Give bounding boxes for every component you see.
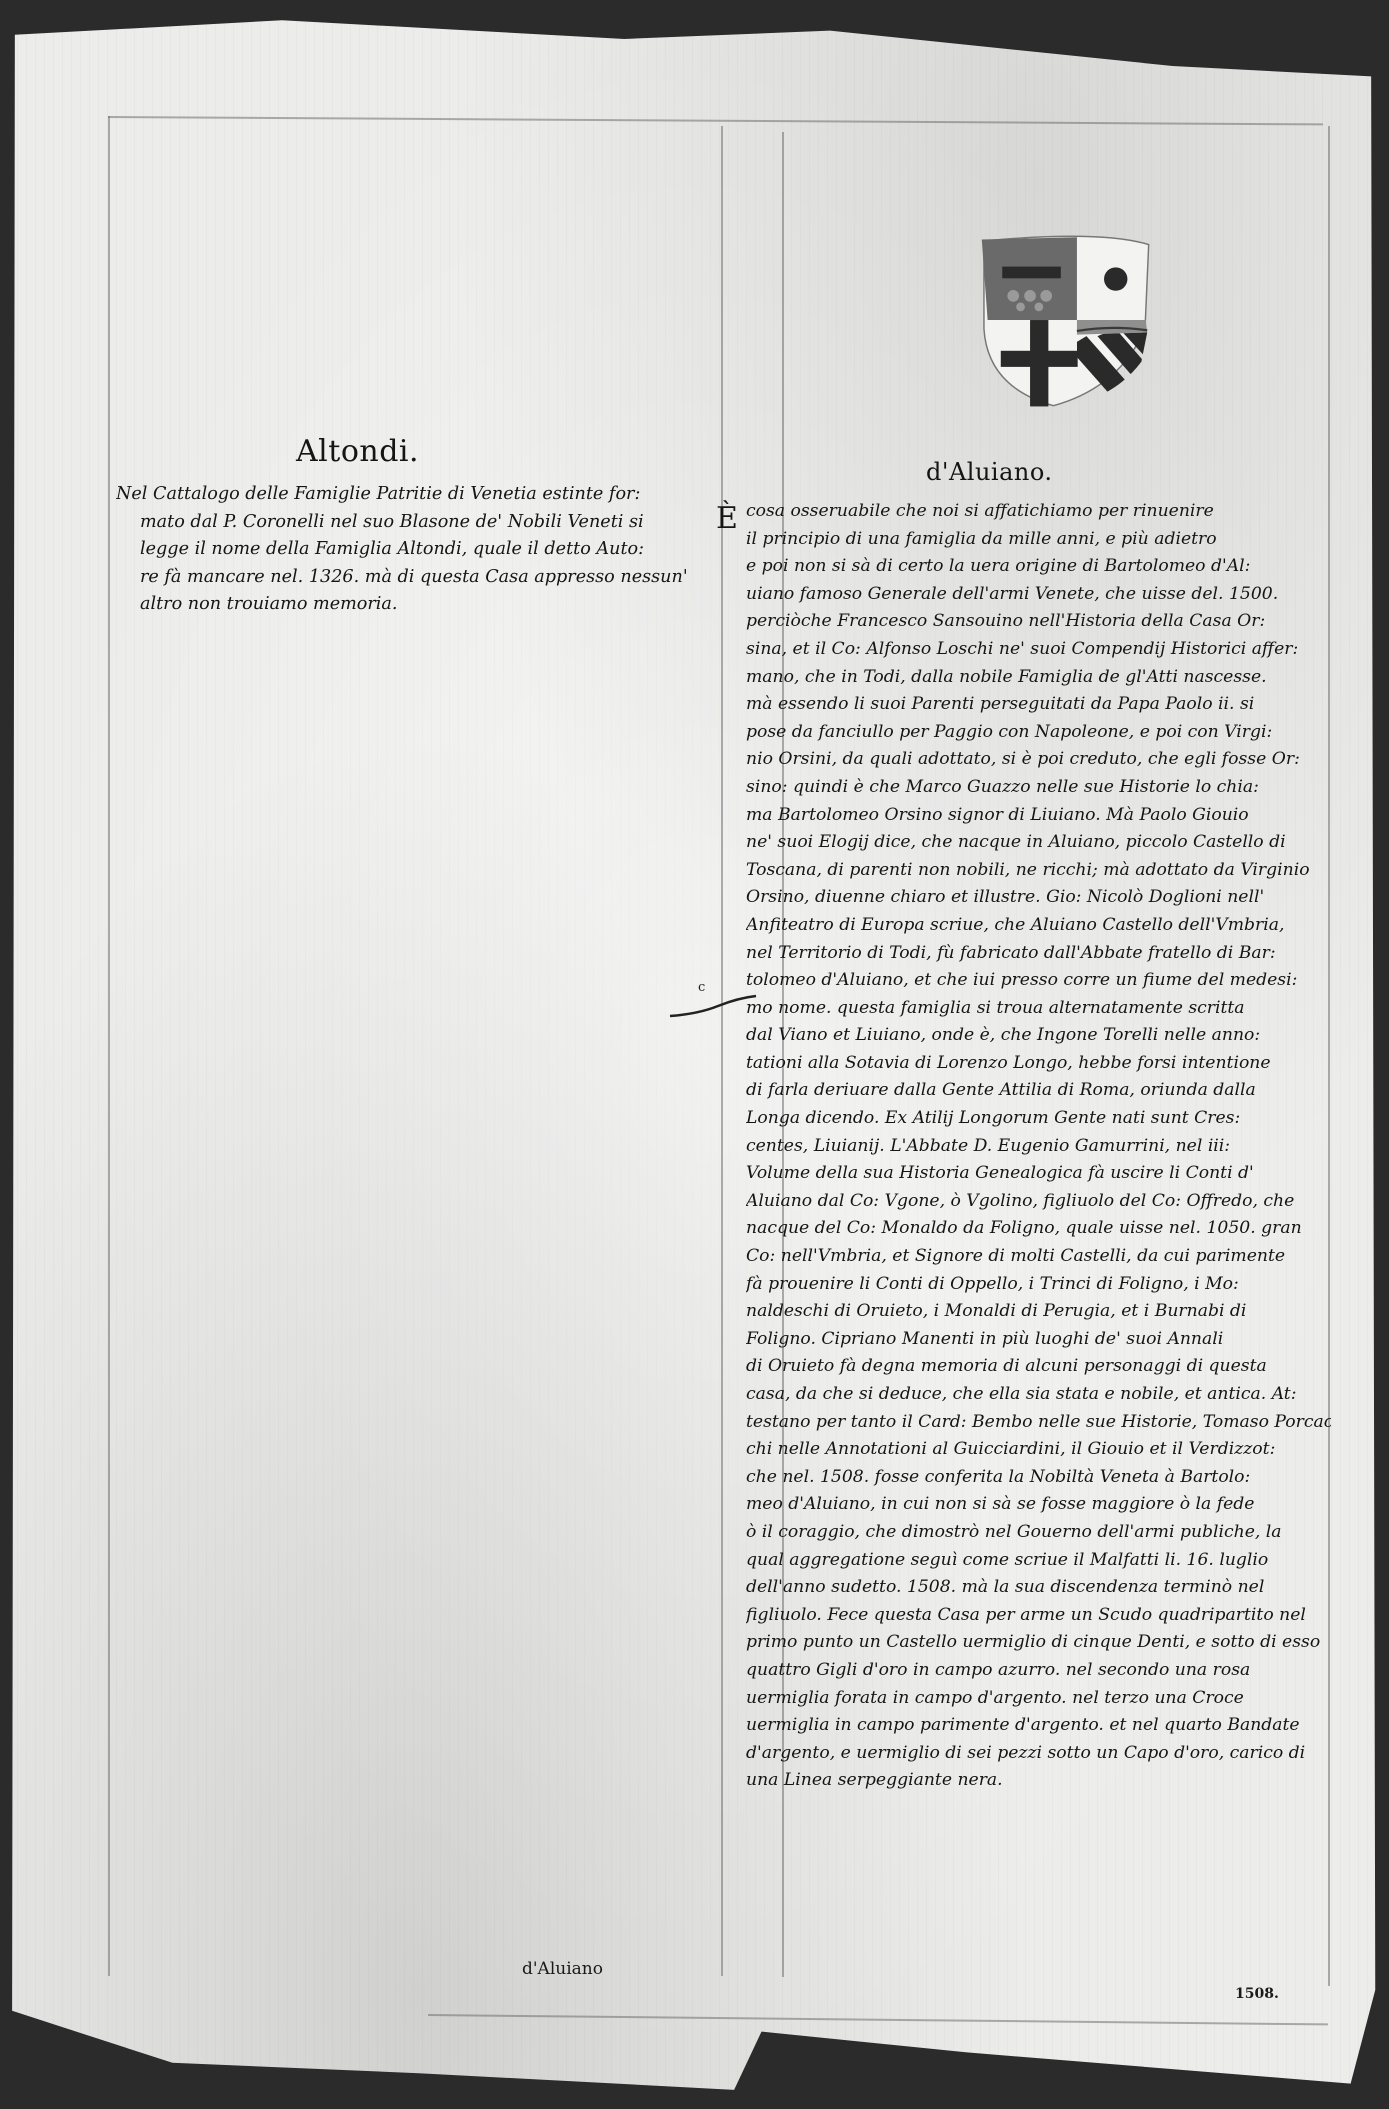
- text-line: Longa dicendo. Ex Atilij Longorum Gente …: [746, 1105, 1331, 1133]
- text-line: Nel Cattalogo delle Famiglie Patritie di…: [116, 481, 721, 509]
- text-line: Foligno. Cipriano Manenti in più luoghi …: [746, 1326, 1331, 1354]
- text-line: mano, che in Todi, dalla nobile Famiglia…: [746, 664, 1331, 692]
- entry-altondi: Altondi. Nel Cattalogo delle Famiglie Pa…: [116, 434, 721, 619]
- text-line: meo d'Aluiano, in cui non si sà se fosse…: [746, 1491, 1331, 1519]
- text-line: e poi non si sà di certo la uera origine…: [746, 553, 1331, 581]
- text-line: di Oruieto fà degna memoria di alcuni pe…: [746, 1353, 1331, 1381]
- frame-bottom-rule: [428, 2014, 1328, 2025]
- text-line: una Linea serpeggiante nera.: [746, 1767, 1331, 1795]
- entry-body-aluiano: cosa osseruabile che noi si affatichiamo…: [746, 498, 1331, 1795]
- text-line: dell'anno sudetto. 1508. mà la sua disce…: [746, 1574, 1331, 1602]
- text-line: sina, et il Co: Alfonso Loschi ne' suoi …: [746, 636, 1331, 664]
- text-line: nel Territorio di Todi, fù fabricato dal…: [746, 940, 1331, 968]
- text-line: Aluiano dal Co: Vgone, ò Vgolino, figliu…: [746, 1188, 1331, 1216]
- manuscript-page: Altondi. Nel Cattalogo delle Famiglie Pa…: [8, 14, 1378, 2094]
- text-line: mo nome. questa famiglia si troua altern…: [746, 995, 1331, 1023]
- entry-aluiano: d'Aluiano. È cosa osseruabile che noi si…: [746, 458, 1331, 1795]
- text-line: legge il nome della Famiglia Altondi, qu…: [116, 536, 721, 564]
- drop-cap: È: [716, 501, 738, 536]
- text-line: che nel. 1508. fosse conferita la Nobilt…: [746, 1464, 1331, 1492]
- text-line: nacque del Co: Monaldo da Foligno, quale…: [746, 1215, 1331, 1243]
- text-line: centes, Liuianij. L'Abbate D. Eugenio Ga…: [746, 1133, 1331, 1161]
- text-line: sino: quindi è che Marco Guazzo nelle su…: [746, 774, 1331, 802]
- text-line: dal Viano et Liuiano, onde è, che Ingone…: [746, 1022, 1331, 1050]
- frame-left-rule: [108, 116, 110, 1976]
- text-line: ne' suoi Elogij dice, che nacque in Alui…: [746, 829, 1331, 857]
- entry-body-altondi: Nel Cattalogo delle Famiglie Patritie di…: [116, 481, 721, 619]
- text-line: Anfiteatro di Europa scriue, che Aluiano…: [746, 912, 1331, 940]
- text-line: Orsino, diuenne chiaro et illustre. Gio:…: [746, 884, 1331, 912]
- text-line: figliuolo. Fece questa Casa per arme un …: [746, 1602, 1331, 1630]
- text-line: casa, da che si deduce, che ella sia sta…: [746, 1381, 1331, 1409]
- text-line: tationi alla Sotavia di Lorenzo Longo, h…: [746, 1050, 1331, 1078]
- page-year: 1508.: [1235, 1986, 1279, 2002]
- text-line: chi nelle Annotationi al Guicciardini, i…: [746, 1436, 1331, 1464]
- text-line: ma Bartolomeo Orsino signor di Liuiano. …: [746, 802, 1331, 830]
- text-line: Co: nell'Vmbria, et Signore di molti Cas…: [746, 1243, 1331, 1271]
- margin-pointer-stroke-icon: [668, 992, 758, 1022]
- text-line: Volume della sua Historia Genealogica fà…: [746, 1160, 1331, 1188]
- frame-center-rule-a: [721, 126, 723, 1976]
- catchword: d'Aluiano: [522, 1959, 603, 1979]
- text-line: d'argento, e uermiglio di sei pezzi sott…: [746, 1740, 1331, 1768]
- text-line: uiano famoso Generale dell'armi Venete, …: [746, 581, 1331, 609]
- text-line: primo punto un Castello uermiglio di cin…: [746, 1629, 1331, 1657]
- text-line: testano per tanto il Card: Bembo nelle s…: [746, 1409, 1331, 1437]
- text-line: il principio di una famiglia da mille an…: [746, 526, 1331, 554]
- text-line: perciòche Francesco Sansouino nell'Histo…: [746, 608, 1331, 636]
- text-line: quattro Gigli d'oro in campo azurro. nel…: [746, 1657, 1331, 1685]
- text-line: tolomeo d'Aluiano, et che iui presso cor…: [746, 967, 1331, 995]
- text-line: fà prouenire li Conti di Oppello, i Trin…: [746, 1271, 1331, 1299]
- text-line: uermiglia forata in campo d'argento. nel…: [746, 1685, 1331, 1713]
- text-line: di farla deriuare dalla Gente Attilia di…: [746, 1077, 1331, 1105]
- text-line: mà essendo li suoi Parenti perseguitati …: [746, 691, 1331, 719]
- text-line: pose da fanciullo per Paggio con Napoleo…: [746, 719, 1331, 747]
- text-line: ò il coraggio, che dimostrò nel Gouerno …: [746, 1519, 1331, 1547]
- text-line: re fà mancare nel. 1326. mà di questa Ca…: [116, 564, 721, 592]
- text-line: Toscana, di parenti non nobili, ne ricch…: [746, 857, 1331, 885]
- entry-title-altondi: Altondi.: [296, 434, 721, 469]
- text-line: uermiglia in campo parimente d'argento. …: [746, 1712, 1331, 1740]
- text-line: cosa osseruabile che noi si affatichiamo…: [746, 498, 1331, 526]
- text-line: mato dal P. Coronelli nel suo Blasone de…: [116, 509, 721, 537]
- text-line: qual aggregatione seguì come scriue il M…: [746, 1547, 1331, 1575]
- frame-top-rule: [108, 116, 1323, 125]
- coat-of-arms-icon: [941, 219, 1166, 424]
- text-line: altro non trouiamo memoria.: [116, 591, 721, 619]
- text-line: naldeschi di Oruieto, i Monaldi di Perug…: [746, 1298, 1331, 1326]
- entry-title-aluiano: d'Aluiano.: [926, 458, 1331, 486]
- text-line: nio Orsini, da quali adottato, si è poi …: [746, 746, 1331, 774]
